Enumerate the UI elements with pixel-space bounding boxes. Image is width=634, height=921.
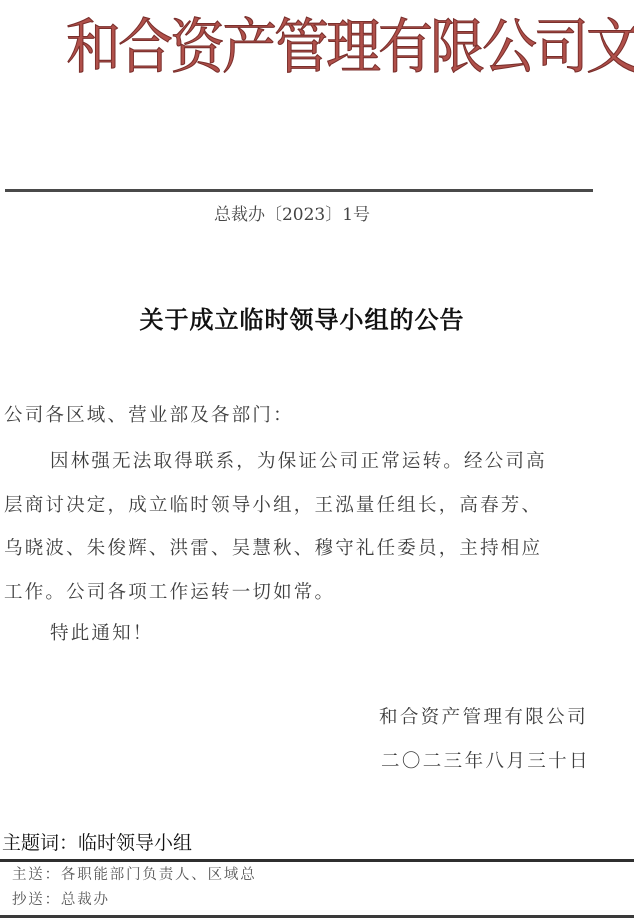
main-recipients: 主送：各职能部门负责人、区域总 <box>12 864 257 886</box>
body-line: 乌晓波、朱俊辉、洪雷、吴慧秋、穆守礼任委员，主持相应 <box>4 527 624 571</box>
document-number: 总裁办〔2023〕1号 <box>0 200 634 230</box>
body-line: 因林强无法取得联系，为保证公司正常运转。经公司高 <box>4 440 624 484</box>
salutation: 公司各区域、营业部及各部门： <box>4 396 294 436</box>
body-line: 工作。公司各项工作运转一切如常。 <box>4 571 624 615</box>
announcement-body: 因林强无法取得联系，为保证公司正常运转。经公司高 层商讨决定，成立临时领导小组，… <box>4 440 624 614</box>
body-line: 层商讨决定，成立临时领导小组，王泓量任组长，高春芳、 <box>4 484 624 528</box>
subject-keywords: 主题词：临时领导小组 <box>2 826 192 860</box>
footer-divider <box>0 915 634 918</box>
signature-company: 和合资产管理有限公司 <box>379 700 588 736</box>
document-header-title: 和合资产管理有限公司文件 <box>0 4 634 90</box>
subject-divider <box>0 859 634 862</box>
header-divider <box>5 189 593 192</box>
cc-recipients: 抄送：总裁办 <box>12 889 110 911</box>
announcement-title: 关于成立临时领导小组的公告 <box>0 300 634 340</box>
closing-remark: 特此通知！ <box>50 614 154 654</box>
signature-date: 二〇二三年八月三十日 <box>381 744 590 780</box>
